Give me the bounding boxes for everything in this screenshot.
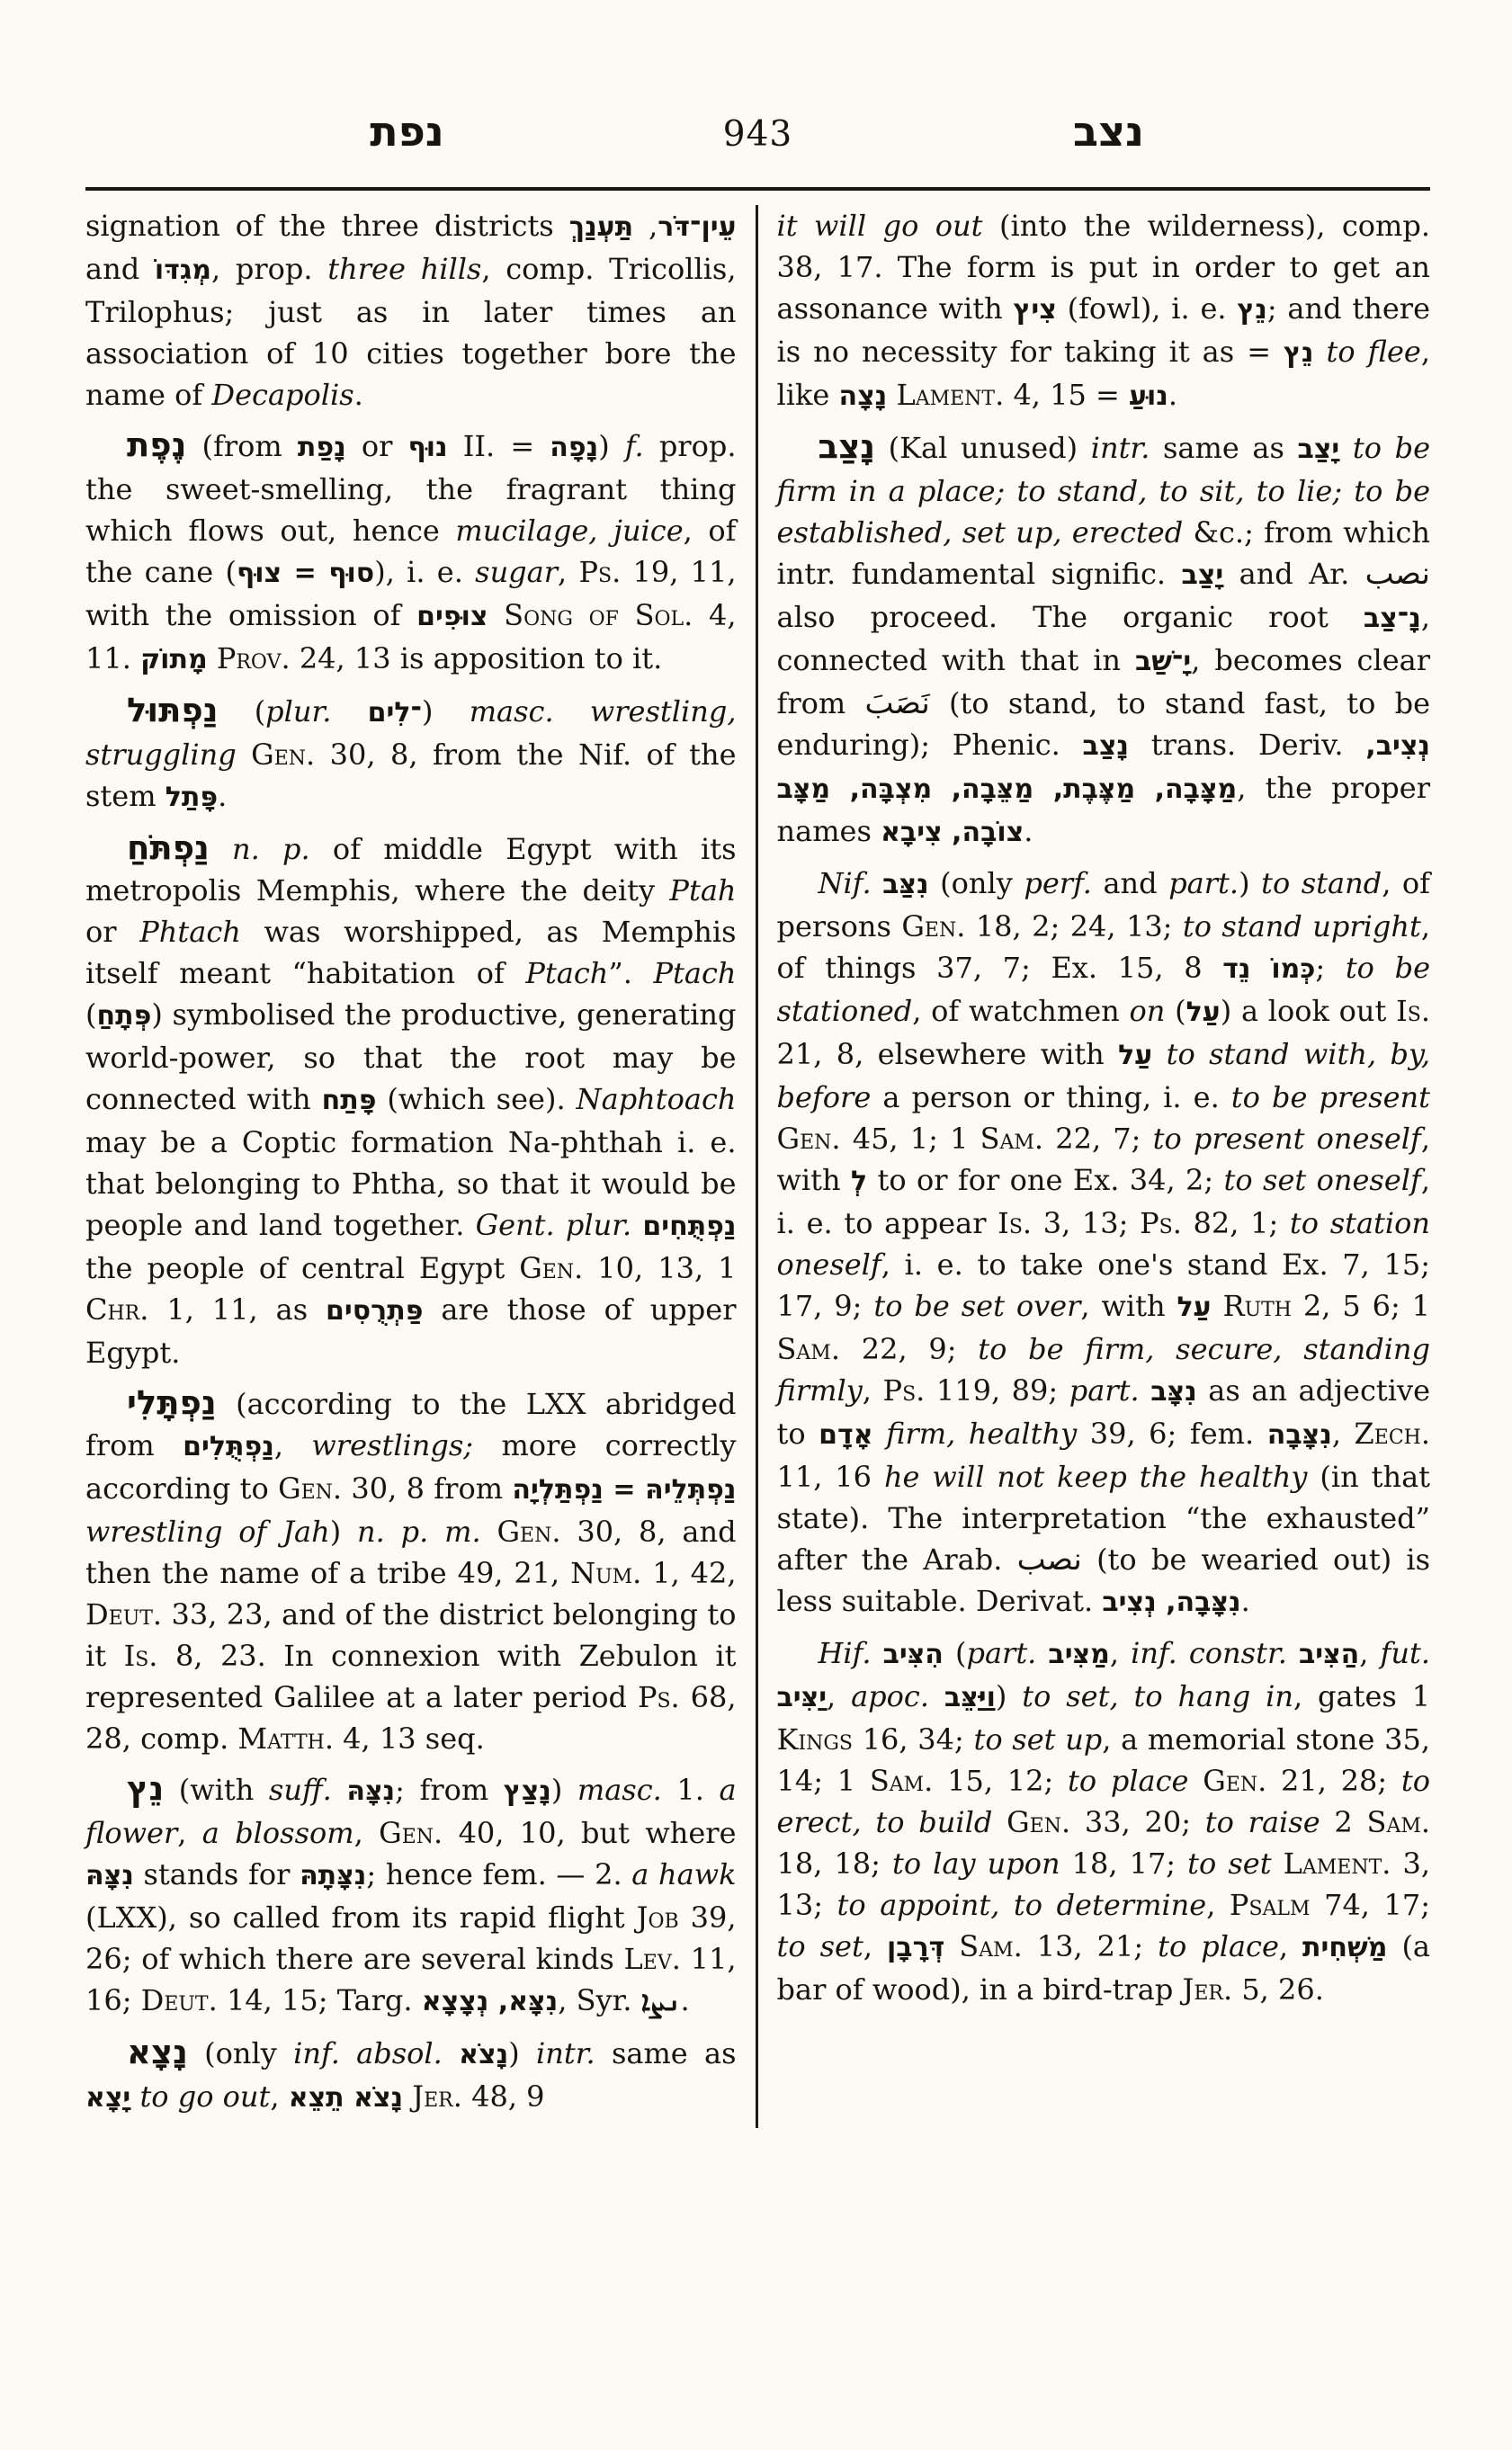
text-run: , gates bbox=[1293, 1679, 1412, 1713]
italic-text: to present oneself bbox=[1153, 1122, 1421, 1156]
text-run: , bbox=[1110, 1636, 1131, 1670]
page-header: נפת 943 נצב bbox=[85, 104, 1430, 167]
text-run: (LXX), so called from its rapid flight bbox=[85, 1900, 637, 1935]
italic-text: Ptah bbox=[669, 873, 736, 908]
text-run: 11, 16 bbox=[777, 1460, 884, 1494]
hebrew-word: נָצֹא bbox=[459, 2039, 508, 2070]
italic-text: n. p. bbox=[232, 832, 310, 866]
text-run: ( bbox=[1165, 994, 1185, 1028]
text-run: ) bbox=[508, 2036, 536, 2070]
text-run: 21, 28; bbox=[1266, 1764, 1401, 1798]
hebrew-word: יָצָא bbox=[85, 2082, 130, 2114]
right-column: it will go out (into the wilderness), co… bbox=[758, 205, 1431, 2128]
italic-text: wrestling of Jah bbox=[85, 1515, 330, 1549]
text-run: 24, 13 is apposition to it. bbox=[291, 641, 663, 675]
hebrew-headword: נַפְתֹּחַ bbox=[127, 828, 210, 867]
page-content: signation of the three districts עֵין־דֹ… bbox=[85, 205, 1430, 2128]
text-run: . bbox=[1024, 814, 1033, 848]
hebrew-word: נָפָה bbox=[550, 432, 598, 463]
text-run: , bbox=[1359, 1636, 1380, 1670]
header-rule bbox=[85, 187, 1430, 191]
hebrew-word: יָ־שַׁב bbox=[1135, 646, 1191, 677]
text-run: , bbox=[633, 209, 658, 243]
text-run: 45, 1; bbox=[841, 1122, 951, 1156]
italic-text: part. bbox=[966, 1636, 1036, 1670]
italic-text: mucilage, juice bbox=[455, 514, 683, 548]
text-run: ; bbox=[1315, 951, 1345, 985]
italic-text: apoc. bbox=[851, 1679, 929, 1713]
book-reference: Ps. bbox=[638, 1680, 680, 1714]
hebrew-word: יַצִּיב bbox=[777, 1682, 828, 1713]
hebrew-word: מְגִדּוֹ bbox=[155, 255, 211, 286]
hebrew-word: נֵץ bbox=[1284, 337, 1313, 369]
text-run: (from bbox=[186, 429, 297, 463]
book-reference: Zech. bbox=[1355, 1417, 1430, 1451]
text-run: same as bbox=[1150, 431, 1297, 465]
text-run bbox=[210, 832, 232, 866]
hebrew-word: נָ־צַב bbox=[1364, 603, 1421, 634]
arabic-word: نَصَبَ bbox=[864, 685, 929, 721]
hebrew-word: נָפַת bbox=[298, 432, 346, 463]
text-run bbox=[1140, 1373, 1151, 1408]
text-run: also proceed. The organic root bbox=[777, 600, 1364, 634]
text-run: ) bbox=[551, 1773, 577, 1807]
text-run: , bbox=[863, 1373, 883, 1408]
hebrew-word: נִצָּהּ bbox=[346, 1775, 395, 1807]
book-reference: Psalm bbox=[1230, 1888, 1311, 1922]
text-run: ) bbox=[1239, 866, 1261, 900]
text-run bbox=[1320, 1805, 1335, 1839]
text-run: , bbox=[558, 555, 578, 589]
text-run: same as bbox=[595, 2036, 737, 2070]
text-run bbox=[1189, 1764, 1203, 1798]
text-run bbox=[631, 1208, 642, 1242]
text-run bbox=[929, 1679, 944, 1713]
text-run bbox=[1287, 1636, 1299, 1670]
book-reference: Gen. bbox=[497, 1515, 560, 1549]
book-reference: Gen. bbox=[777, 1122, 841, 1156]
text-run: ; hence fem. — 2. bbox=[366, 1857, 631, 1891]
text-run: 2, 5 6; bbox=[1292, 1289, 1412, 1323]
text-run bbox=[130, 2079, 139, 2114]
text-run bbox=[237, 738, 251, 772]
hebrew-word: עַל bbox=[1186, 997, 1221, 1028]
hebrew-word: נַפְתֻּלִים bbox=[183, 1431, 274, 1462]
text-run bbox=[332, 1773, 347, 1807]
hebrew-word: כְּמוֹ נֵד bbox=[1222, 953, 1315, 985]
italic-text: part. bbox=[1069, 1373, 1140, 1408]
text-run bbox=[873, 1417, 887, 1451]
italic-text: wrestlings; bbox=[311, 1428, 473, 1462]
hebrew-word: נִצָּתָהּ bbox=[300, 1860, 366, 1891]
text-run: 14, 15; Targ. bbox=[218, 1983, 422, 2017]
text-run: (only bbox=[188, 2036, 293, 2070]
text-run: signation of the three districts bbox=[85, 209, 569, 243]
text-run: 22, 7; bbox=[1043, 1122, 1153, 1156]
italic-text: to appoint, to determine bbox=[837, 1888, 1207, 1922]
hebrew-word: נֵץ bbox=[1237, 294, 1266, 326]
text-run: , bbox=[270, 2079, 288, 2114]
text-run: 4, 15 = bbox=[1004, 378, 1129, 412]
entry-paragraph: it will go out (into the wilderness), co… bbox=[777, 205, 1431, 417]
book-reference: Lev. bbox=[624, 1942, 681, 1976]
hebrew-word: עַל bbox=[1176, 1292, 1211, 1323]
hebrew-word: סוּף = צוּף bbox=[237, 558, 374, 589]
text-run: , bbox=[177, 1816, 202, 1850]
italic-text: plur. bbox=[265, 694, 331, 729]
book-reference: Is. bbox=[1396, 994, 1430, 1028]
italic-text: Decapolis bbox=[211, 378, 353, 412]
italic-text: to set bbox=[777, 1929, 863, 1963]
italic-text: to place bbox=[1158, 1929, 1279, 1963]
book-reference: Is. bbox=[998, 1206, 1032, 1240]
text-run: , with bbox=[1080, 1289, 1176, 1323]
text-run: 15, 12; bbox=[933, 1764, 1068, 1798]
italic-text: Naphtoach bbox=[577, 1082, 737, 1116]
text-run: 39, 6; fem. bbox=[1077, 1417, 1267, 1451]
text-run bbox=[488, 598, 504, 632]
text-run bbox=[944, 1929, 959, 1963]
italic-text: inf. constr. bbox=[1131, 1636, 1287, 1670]
italic-text: to raise bbox=[1205, 1805, 1320, 1839]
book-reference: Lament. bbox=[896, 378, 1004, 412]
hebrew-word: נוּעַ bbox=[1129, 380, 1168, 412]
text-run bbox=[1212, 1289, 1223, 1323]
hebrew-word: נִצָּב bbox=[1150, 1376, 1196, 1408]
text-run bbox=[443, 2036, 459, 2070]
text-run: (which see). bbox=[376, 1082, 576, 1116]
italic-text: on bbox=[1130, 994, 1166, 1028]
hebrew-headword: נָצַב bbox=[819, 427, 876, 466]
hebrew-word: נִצָּבָה bbox=[1267, 1419, 1332, 1451]
italic-text: a hawk bbox=[631, 1857, 736, 1891]
book-reference: 1 Sam. bbox=[950, 1122, 1043, 1156]
arabic-word: نصب bbox=[1017, 1542, 1082, 1578]
italic-text: to lay upon bbox=[892, 1846, 1060, 1881]
hebrew-headword: נַפְתָּלִי bbox=[127, 1383, 217, 1422]
book-reference: Gen. bbox=[1007, 1805, 1070, 1839]
italic-text: intr. bbox=[536, 2036, 595, 2070]
text-run: 1, 42, bbox=[641, 1556, 736, 1590]
text-run: 48, 9 bbox=[462, 2079, 545, 2114]
text-run: . bbox=[681, 1983, 690, 2017]
italic-text: suff. bbox=[269, 1773, 332, 1807]
book-reference: Job bbox=[637, 1900, 679, 1935]
hebrew-word: נָצַץ bbox=[504, 1775, 551, 1807]
text-run bbox=[403, 2079, 412, 2114]
italic-text: it will go out bbox=[777, 209, 983, 243]
text-run: , bbox=[863, 1929, 887, 1963]
text-run: , Syr. bbox=[558, 1983, 640, 2017]
text-run bbox=[887, 378, 896, 412]
text-run: (Kal unused) bbox=[875, 431, 1091, 465]
text-run bbox=[1036, 1636, 1048, 1670]
italic-text: to stand upright bbox=[1183, 909, 1421, 943]
text-run: ) bbox=[422, 694, 470, 729]
text-run: II. = bbox=[448, 429, 550, 463]
text-run: , prop. bbox=[211, 252, 327, 286]
italic-text: to stand bbox=[1261, 866, 1382, 900]
text-run: 18, 18; bbox=[777, 1846, 893, 1881]
arabic-word: نصب bbox=[1365, 556, 1430, 592]
hebrew-word: מַצִּיב bbox=[1048, 1639, 1109, 1670]
hebrew-word: נוּף bbox=[408, 432, 448, 463]
italic-text: a blossom bbox=[202, 1816, 354, 1850]
hebrew-headword: נֶפֶת bbox=[127, 425, 186, 464]
hebrew-word: אָדָם bbox=[819, 1419, 872, 1451]
italic-text: to set oneself bbox=[1224, 1163, 1421, 1197]
italic-text: Gent. plur. bbox=[476, 1208, 632, 1242]
text-run: . bbox=[354, 378, 363, 412]
hebrew-word: פָּתַח bbox=[322, 1085, 377, 1116]
italic-text: Ptach bbox=[525, 956, 608, 990]
hebrew-word: נִצַּב bbox=[882, 869, 928, 900]
syriac-word: ܢܨܐ bbox=[641, 1986, 681, 2017]
entry-paragraph: נַפְתָּלִי (according to the LXX abridge… bbox=[85, 1382, 737, 1759]
hebrew-word: הִצִּיב bbox=[883, 1639, 944, 1670]
text-run: 5, 26. bbox=[1232, 1972, 1324, 2007]
text-run: 33, 20; bbox=[1070, 1805, 1205, 1839]
text-run: to or for one Ex. 34, 2; bbox=[867, 1163, 1223, 1197]
text-run: 18, 2; 24, 13; bbox=[965, 909, 1182, 943]
text-run: ), i. e. bbox=[374, 555, 475, 589]
right-catchword: נצב bbox=[787, 104, 1430, 158]
text-run: 30, 8 from bbox=[342, 1471, 512, 1506]
hebrew-word: וַיַּצֵּב bbox=[944, 1682, 996, 1713]
book-reference: Matth. bbox=[237, 1721, 334, 1756]
book-reference: Prov. bbox=[217, 641, 291, 675]
hebrew-word: נַפְתֻּחִים bbox=[642, 1211, 736, 1242]
text-run: 10, 13, bbox=[583, 1251, 718, 1285]
text-run: , bbox=[354, 1816, 380, 1850]
text-run: (only bbox=[929, 866, 1024, 900]
hebrew-word: ־לִים bbox=[368, 697, 422, 729]
hebrew-word: נִצָּא, נְצָצָא bbox=[422, 1986, 558, 2017]
italic-text: three hills bbox=[327, 252, 481, 286]
text-run: 40, 10, but where bbox=[443, 1816, 736, 1850]
text-run: stands for bbox=[134, 1857, 300, 1891]
text-run: ) bbox=[598, 429, 625, 463]
text-run bbox=[208, 641, 217, 675]
hebrew-word: מַשְׁחִית bbox=[1302, 1932, 1387, 1963]
hebrew-word: נַפְתְּלֵיהּ = נַפְתַּלְיָה bbox=[512, 1474, 736, 1506]
italic-text: fut. bbox=[1381, 1636, 1430, 1670]
text-run: the people of central Egypt bbox=[85, 1251, 519, 1285]
italic-text: to place bbox=[1068, 1764, 1189, 1798]
text-run bbox=[992, 1805, 1007, 1839]
text-run bbox=[1339, 431, 1353, 465]
italic-text: to set, to hang in bbox=[1022, 1679, 1293, 1713]
entry-paragraph: נָצַב (Kal unused) intr. same as יָצַב t… bbox=[777, 426, 1431, 854]
hebrew-word: יָצַב bbox=[1181, 559, 1223, 591]
text-run bbox=[481, 1515, 497, 1549]
italic-text: Phtach bbox=[139, 915, 241, 949]
text-run: ”. bbox=[608, 956, 653, 990]
entry-paragraph: נֵץ (with suff. נִצָּהּ; from נָצַץ) mas… bbox=[85, 1768, 737, 2023]
text-run: or bbox=[85, 915, 139, 949]
book-reference: 1 Sam. bbox=[837, 1764, 934, 1798]
italic-text: part. bbox=[1168, 866, 1239, 900]
hebrew-headword: נֵץ bbox=[127, 1769, 164, 1808]
text-run: trans. Deriv. bbox=[1129, 728, 1365, 762]
book-reference: Num. bbox=[570, 1556, 641, 1590]
entry-paragraph: נַפְתּוּל (plur. ־לִים) masc. wrestling,… bbox=[85, 690, 737, 818]
book-reference: 2 Sam. bbox=[1334, 1805, 1430, 1839]
hebrew-word: צוּפִים bbox=[416, 601, 488, 632]
text-run: ) bbox=[996, 1679, 1022, 1713]
book-reference: Lament. bbox=[1284, 1846, 1391, 1881]
book-reference: Gen. bbox=[278, 1471, 342, 1506]
book-reference: Is. bbox=[124, 1639, 158, 1673]
text-run: 119, 89; bbox=[925, 1373, 1069, 1408]
text-run: ( bbox=[85, 997, 96, 1032]
italic-text: f. bbox=[625, 429, 644, 463]
text-run: , of watchmen bbox=[912, 994, 1129, 1028]
text-run: , bbox=[274, 1428, 312, 1462]
hebrew-word: לְ bbox=[851, 1166, 867, 1197]
hebrew-headword: נָצָא bbox=[127, 2033, 188, 2071]
italic-text: to be set over bbox=[873, 1289, 1080, 1323]
italic-text: to flee bbox=[1326, 335, 1420, 369]
italic-text: to go out bbox=[139, 2079, 270, 2114]
text-run: , bbox=[827, 1679, 851, 1713]
book-reference: Deut. bbox=[141, 1983, 218, 2017]
text-run: . bbox=[1168, 378, 1177, 412]
text-run: . bbox=[218, 779, 227, 813]
text-run: , bbox=[1206, 1888, 1230, 1922]
book-reference: Sam. bbox=[959, 1929, 1023, 1963]
text-run bbox=[872, 866, 883, 900]
italic-text: perf. bbox=[1024, 866, 1092, 900]
text-run: ( bbox=[944, 1636, 967, 1670]
text-run: ) a look out bbox=[1221, 994, 1396, 1028]
book-reference: Ps. bbox=[1140, 1206, 1182, 1240]
text-run: 18, 17; bbox=[1060, 1846, 1188, 1881]
hebrew-word: עַל bbox=[1118, 1040, 1152, 1071]
italic-text: Hif. bbox=[819, 1636, 872, 1670]
left-column: signation of the three districts עֵין־דֹ… bbox=[85, 205, 758, 2128]
book-reference: Ruth bbox=[1222, 1289, 1292, 1323]
italic-text: masc. bbox=[577, 1773, 662, 1807]
text-run: and Ar. bbox=[1223, 557, 1364, 591]
italic-text: Nif. bbox=[819, 866, 872, 900]
book-reference: Jer. bbox=[412, 2079, 462, 2114]
hebrew-headword: נַפְתּוּל bbox=[127, 691, 218, 729]
text-run: 74, 17; bbox=[1311, 1888, 1430, 1922]
hebrew-word: פְּתָחַ bbox=[96, 1000, 151, 1032]
hebrew-word: תַּעְנַךְ bbox=[569, 211, 633, 243]
book-reference: Gen. bbox=[379, 1816, 443, 1850]
hebrew-word: פָּתַל bbox=[166, 782, 218, 813]
text-run: 22, 9; bbox=[840, 1332, 978, 1366]
text-run: ; from bbox=[395, 1773, 504, 1807]
entry-paragraph: signation of the three districts עֵין־דֹ… bbox=[85, 205, 737, 416]
hebrew-word: יָצַב bbox=[1298, 434, 1340, 465]
hebrew-word: צִיץ bbox=[1014, 294, 1057, 326]
text-run: , bbox=[1279, 1929, 1302, 1963]
text-run: ( bbox=[218, 694, 265, 729]
book-reference: Jer. bbox=[1183, 1972, 1233, 2007]
italic-text: to set bbox=[1187, 1846, 1271, 1881]
italic-text: n. p. m. bbox=[357, 1515, 481, 1549]
italic-text: to set up bbox=[973, 1722, 1102, 1757]
hebrew-word: נִצָּהּ bbox=[85, 1860, 134, 1891]
text-run bbox=[1313, 335, 1326, 369]
text-run: ) bbox=[330, 1515, 357, 1549]
scanned-page: נפת 943 נצב signation of the three distr… bbox=[0, 0, 1512, 2450]
hebrew-word: מָתוֹק bbox=[140, 644, 208, 675]
italic-text: sugar bbox=[475, 555, 558, 589]
text-run: 16, 34; bbox=[853, 1722, 973, 1757]
book-reference: Gen. bbox=[1203, 1764, 1266, 1798]
text-run bbox=[872, 1636, 883, 1670]
hebrew-word: דְּרָבָן bbox=[887, 1932, 944, 1963]
book-reference: Song of Sol. bbox=[504, 598, 693, 632]
text-run: and bbox=[1092, 866, 1168, 900]
text-run: or bbox=[346, 429, 408, 463]
text-run: 4, 13 seq. bbox=[334, 1721, 485, 1756]
entry-paragraph: נַפְתֹּחַ n. p. of middle Egypt with its… bbox=[85, 827, 737, 1373]
book-reference: Gen. bbox=[519, 1251, 583, 1285]
text-run bbox=[331, 694, 367, 729]
italic-text: he will not keep the healthy bbox=[884, 1460, 1308, 1494]
text-run: 1. bbox=[662, 1773, 720, 1807]
book-reference: Gen. bbox=[901, 909, 965, 943]
text-run: and bbox=[85, 252, 155, 286]
text-run: (with bbox=[164, 1773, 269, 1807]
text-run: 1, 11, as bbox=[148, 1292, 326, 1327]
text-run bbox=[1152, 1037, 1166, 1071]
hebrew-word: נָצַב bbox=[1083, 730, 1129, 762]
hebrew-word: נָצֹא תֵצֵא bbox=[289, 2082, 403, 2114]
text-run: (fowl), i. e. bbox=[1057, 291, 1238, 326]
italic-text: intr. bbox=[1091, 431, 1150, 465]
text-run: 82, 1; bbox=[1182, 1206, 1290, 1240]
italic-text: inf. absol. bbox=[293, 2036, 443, 2070]
entry-paragraph: Hif. הִצִּיב (part. מַצִּיב, inf. constr… bbox=[777, 1632, 1431, 2010]
text-run: . bbox=[1241, 1584, 1250, 1618]
hebrew-word: עֵין־דֹּר bbox=[658, 211, 736, 243]
text-run bbox=[1272, 1846, 1284, 1881]
entry-paragraph: נֶפֶת (from נָפַת or נוּף II. = נָפָה) f… bbox=[85, 425, 737, 681]
book-reference: Ps. bbox=[578, 555, 621, 589]
text-run: 21, 8, elsewhere with bbox=[777, 1037, 1119, 1071]
text-run: a person or thing, i. e. bbox=[871, 1080, 1231, 1114]
entry-paragraph: נָצָא (only inf. absol. נָצֹא) intr. sam… bbox=[85, 2032, 737, 2119]
hebrew-word: פַּתְרֻסִים bbox=[326, 1295, 423, 1327]
hebrew-word: נִצָּבָה, נְצִיב bbox=[1102, 1587, 1240, 1618]
book-reference: Gen. bbox=[251, 738, 315, 772]
book-reference: Ps. bbox=[883, 1373, 926, 1408]
entry-paragraph: Nif. נִצַּב (only perf. and part.) to st… bbox=[777, 863, 1431, 1623]
italic-text: to be present bbox=[1231, 1080, 1430, 1114]
italic-text: Ptach bbox=[654, 956, 737, 990]
book-reference: Deut. bbox=[85, 1597, 162, 1632]
hebrew-word: נָצָה bbox=[838, 380, 887, 412]
hebrew-word: הַצִּיב bbox=[1299, 1639, 1359, 1670]
text-run: 13, 21; bbox=[1023, 1929, 1158, 1963]
text-run: , bbox=[1332, 1417, 1355, 1451]
text-run: 3, 13; bbox=[1032, 1206, 1140, 1240]
hebrew-word: צוֹבָה, צִיבָא bbox=[881, 817, 1024, 848]
italic-text: firm, healthy bbox=[886, 1417, 1077, 1451]
